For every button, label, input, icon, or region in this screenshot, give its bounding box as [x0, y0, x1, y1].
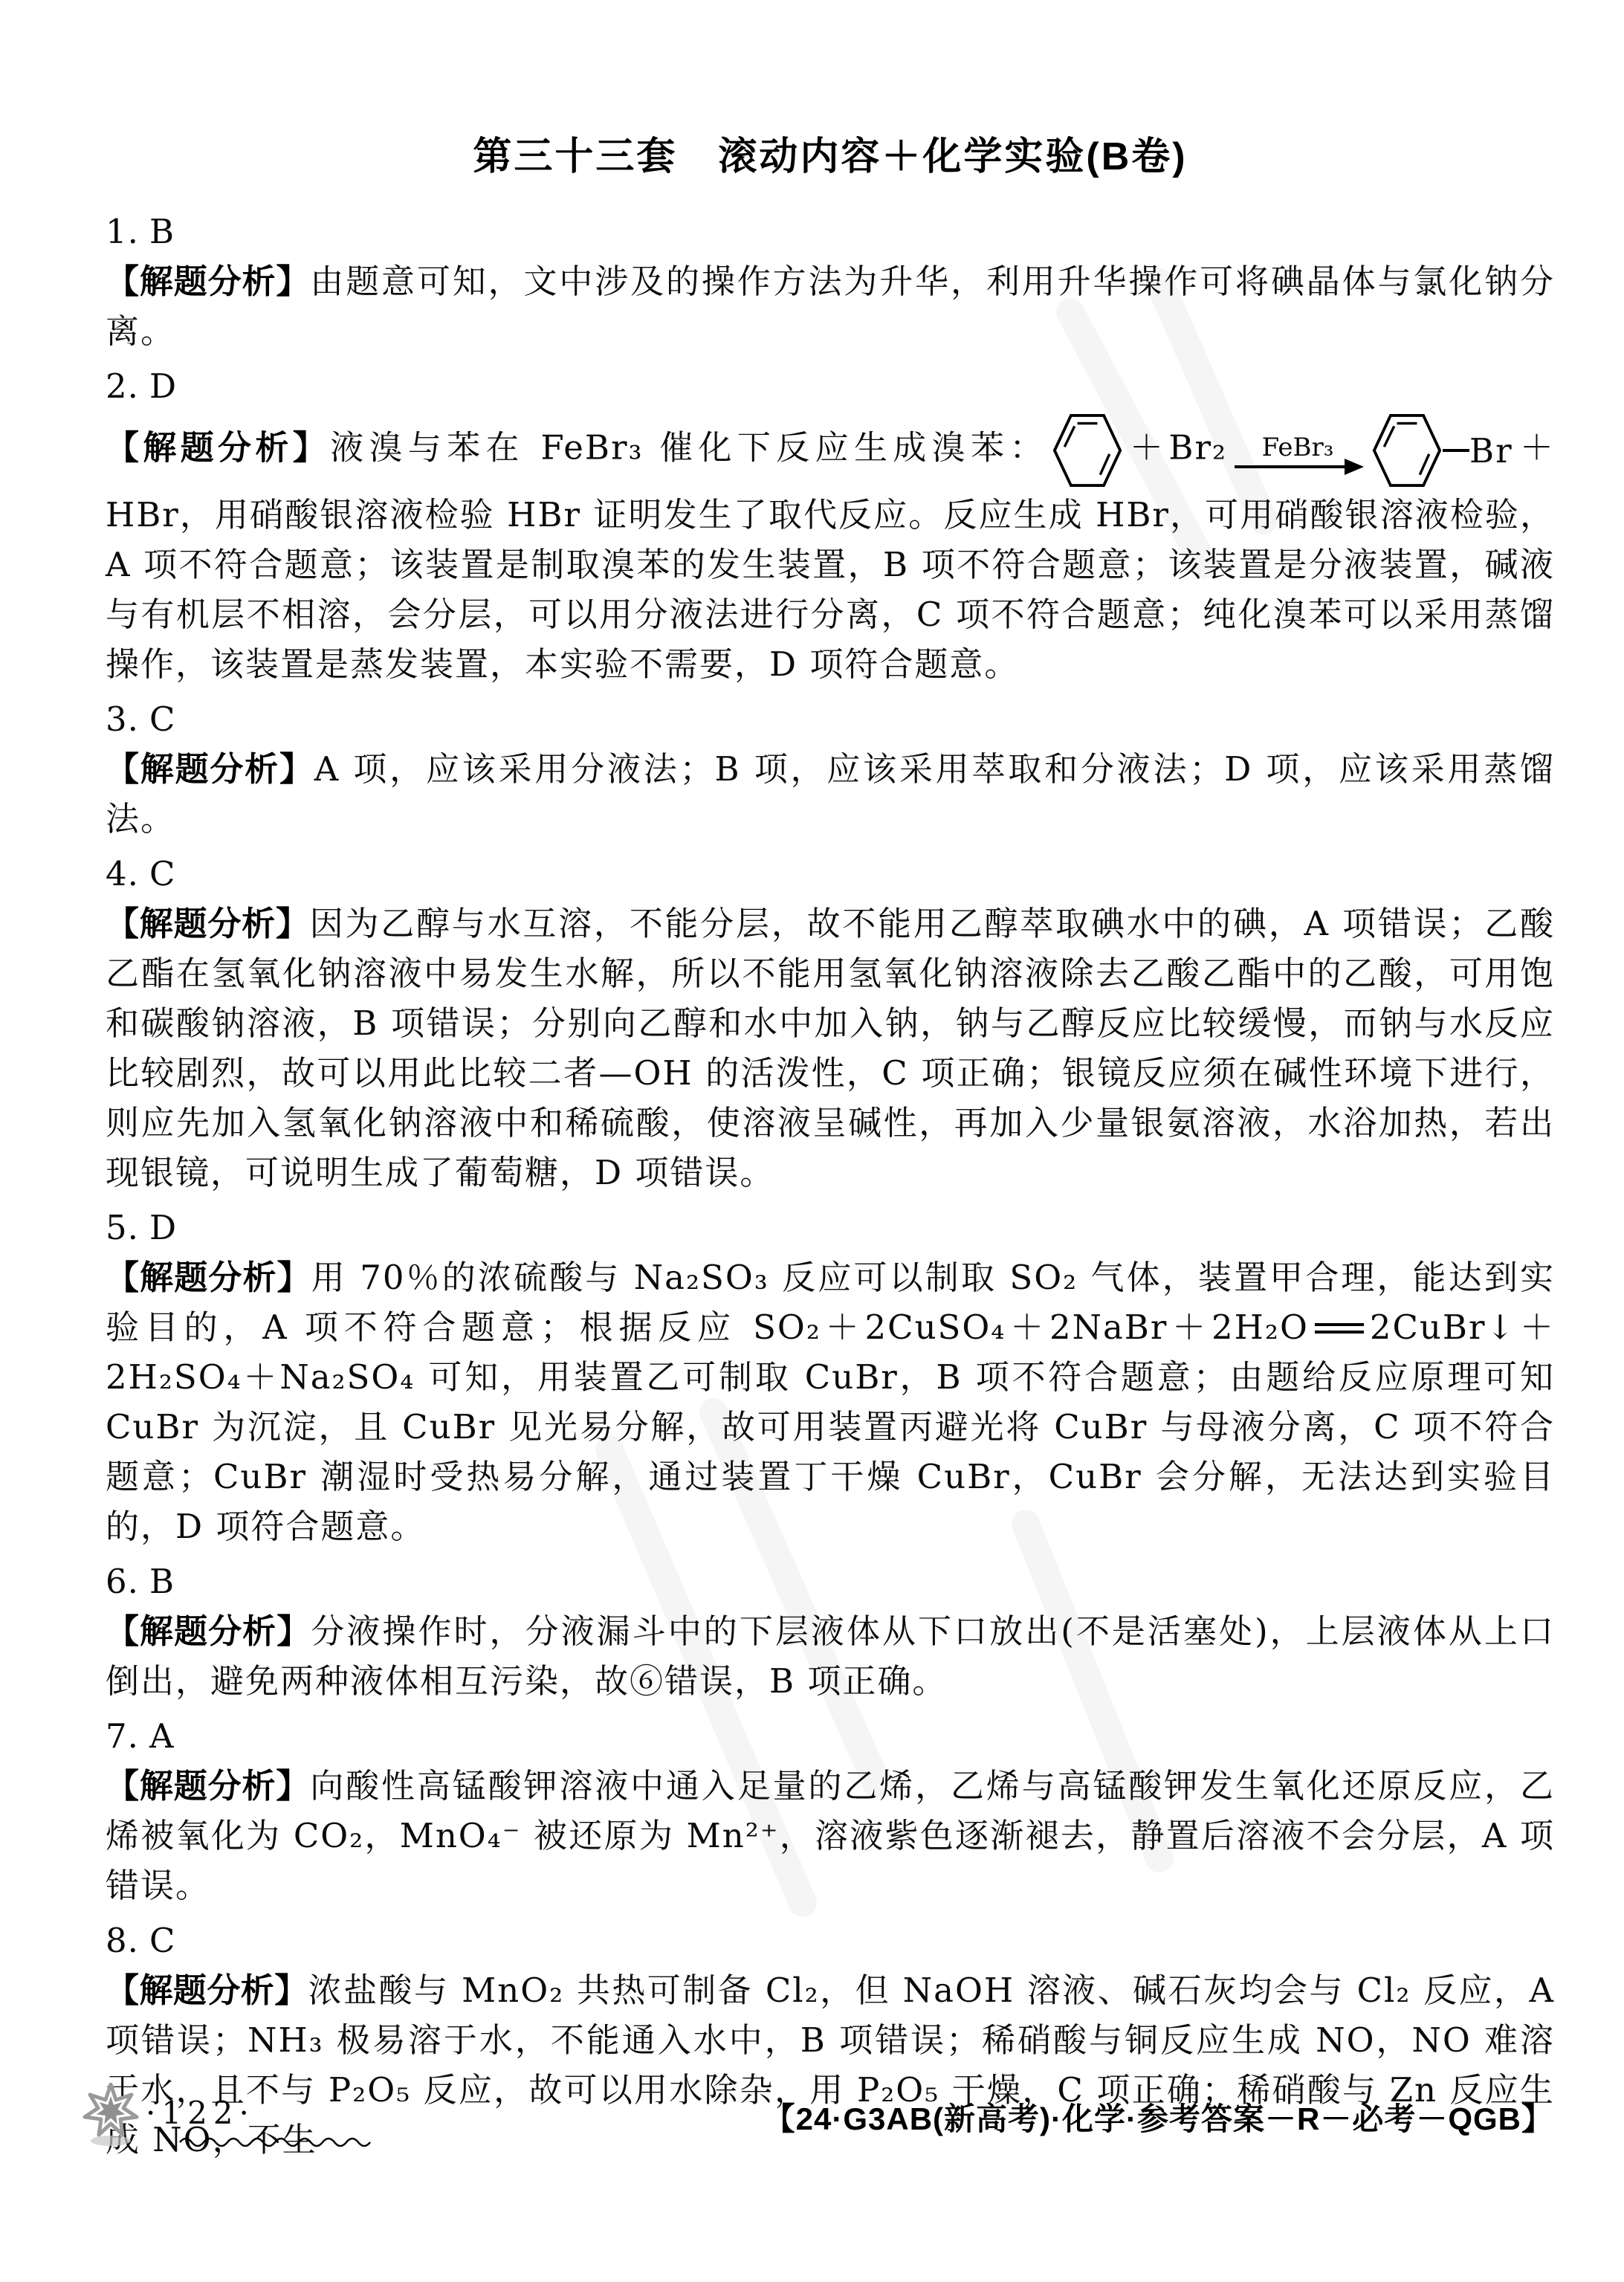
analysis-label: 【解题分析】 — [106, 429, 330, 467]
question-answer-line: 4.C — [106, 850, 1555, 899]
question-answer-line: 5.D — [106, 1203, 1555, 1252]
benzene-ring-icon — [1052, 411, 1123, 490]
question-number: 2. — [106, 366, 139, 406]
question-answer-line: 1.B — [106, 207, 1555, 256]
analysis-paragraph: 【解题分析】分液操作时，分液漏斗中的下层液体从下口放出(不是活塞处)，上层液体从… — [106, 1606, 1555, 1706]
answer-letter: C — [149, 1921, 175, 1960]
analysis-paragraph: 【解题分析】向酸性高锰酸钾溶液中通入足量的乙烯，乙烯与高锰酸钾发生氧化还原反应，… — [106, 1761, 1555, 1910]
answer-item: 4.C【解题分析】因为乙醇与水互溶，不能分层，故不能用乙醇萃取碘水中的碘，A 项… — [106, 850, 1555, 1197]
question-number: 8. — [106, 1921, 139, 1960]
chemical-equals-sign — [1315, 1323, 1364, 1334]
analysis-label: 【解题分析】 — [106, 1767, 310, 1805]
analysis-paragraph: 【解题分析】液溴与苯在 FeBr₃ 催化下反应生成溴苯：＋Br₂FeBr₃Br＋… — [106, 411, 1555, 689]
question-answer-line: 3.C — [106, 695, 1555, 744]
analysis-paragraph: 【解题分析】A 项，应该采用分液法；B 项，应该采用萃取和分液法；D 项，应该采… — [106, 744, 1555, 844]
question-number: 7. — [106, 1716, 139, 1756]
analysis-paragraph: 【解题分析】因为乙醇与水互溶，不能分层，故不能用乙醇萃取碘水中的碘，A 项错误；… — [106, 899, 1555, 1197]
analysis-paragraph: 【解题分析】用 70％的浓硫酸与 Na₂SO₃ 反应可以制取 SO₂ 气体，装置… — [106, 1252, 1555, 1551]
content-column: 第三十三套 滚动内容＋化学实验(B卷) 1.B【解题分析】由题意可知，文中涉及的… — [106, 125, 1555, 2171]
analysis-paragraph: 【解题分析】由题意可知，文中涉及的操作方法为升华，利用升华操作可将碘晶体与氯化钠… — [106, 256, 1555, 356]
analysis-text: 分液操作时，分液漏斗中的下层液体从下口放出(不是活塞处)，上层液体从上口倒出，避… — [106, 1612, 1555, 1701]
edition-code: 【24·G3AB(新高考)·化学·参考答案－R－必考－QGB】 — [764, 2095, 1553, 2139]
analysis-text: A 项，应该采用分液法；B 项，应该采用萃取和分液法；D 项，应该采用蒸馏法。 — [106, 749, 1555, 838]
analysis-label: 【解题分析】 — [106, 1971, 308, 2009]
question-number: 1. — [106, 212, 139, 251]
question-number: 3. — [106, 699, 139, 739]
bromobenzene-structure: Br — [1371, 411, 1513, 490]
answer-item: 1.B【解题分析】由题意可知，文中涉及的操作方法为升华，利用升华操作可将碘晶体与… — [106, 207, 1555, 356]
analysis-text: 用 70％的浓硫酸与 Na₂SO₃ 反应可以制取 SO₂ 气体，装置甲合理，能达… — [106, 1258, 1555, 1347]
answer-letter: C — [149, 854, 175, 893]
answer-item: 2.D【解题分析】液溴与苯在 FeBr₃ 催化下反应生成溴苯：＋Br₂FeBr₃… — [106, 362, 1555, 689]
answer-item: 5.D【解题分析】用 70％的浓硫酸与 Na₂SO₃ 反应可以制取 SO₂ 气体… — [106, 1203, 1555, 1551]
answer-key-page: 第三十三套 滚动内容＋化学实验(B卷) 1.B【解题分析】由题意可知，文中涉及的… — [0, 0, 1624, 2282]
arrow-line — [1235, 465, 1361, 468]
benzene-ring — [1052, 411, 1123, 490]
analysis-label: 【解题分析】 — [106, 262, 310, 300]
analysis-label: 【解题分析】 — [106, 1612, 311, 1650]
question-answer-line: 8.C — [106, 1916, 1555, 1965]
analysis-text: 向酸性高锰酸钾溶液中通入足量的乙烯，乙烯与高锰酸钾发生氧化还原反应，乙烯被氧化为… — [106, 1766, 1555, 1905]
answer-list: 1.B【解题分析】由题意可知，文中涉及的操作方法为升华，利用升华操作可将碘晶体与… — [106, 207, 1555, 2165]
page-number: ·122· — [146, 2095, 255, 2131]
answer-letter: B — [149, 1562, 175, 1601]
analysis-text: ＋Br₂ — [1126, 428, 1227, 468]
answer-item: 7.A【解题分析】向酸性高锰酸钾溶液中通入足量的乙烯，乙烯与高锰酸钾发生氧化还原… — [106, 1712, 1555, 1910]
analysis-label: 【解题分析】 — [106, 1258, 311, 1296]
question-answer-line: 2.D — [106, 362, 1555, 411]
answer-letter: B — [149, 212, 175, 251]
answer-item: 6.B【解题分析】分液操作时，分液漏斗中的下层液体从下口放出(不是活塞处)，上层… — [106, 1557, 1555, 1706]
answer-item: 3.C【解题分析】A 项，应该采用分液法；B 项，应该采用萃取和分液法；D 项，… — [106, 695, 1555, 844]
star-logo-icon — [80, 2083, 141, 2147]
analysis-text: 因为乙醇与水互溶，不能分层，故不能用乙醇萃取碘水中的碘，A 项错误；乙酸乙酯在氢… — [106, 904, 1555, 1192]
benzene-ring-icon — [1371, 411, 1443, 490]
analysis-label: 【解题分析】 — [106, 750, 314, 788]
question-answer-line: 7.A — [106, 1712, 1555, 1761]
question-number: 6. — [106, 1562, 139, 1601]
analysis-text: 液溴与苯在 FeBr₃ 催化下反应生成溴苯： — [330, 428, 1049, 468]
analysis-text: 由题意可知，文中涉及的操作方法为升华，利用升华操作可将碘晶体与氯化钠分离。 — [106, 262, 1555, 351]
answer-letter: A — [149, 1716, 175, 1756]
page-title: 第三十三套 滚动内容＋化学实验(B卷) — [106, 125, 1555, 181]
bond-substituent-label: Br — [1469, 426, 1513, 476]
page-footer: ·122· 【24·G3AB(新高考)·化学·参考答案－R－必考－QGB】 — [0, 2081, 1624, 2171]
arrow-catalyst-label: FeBr₃ — [1262, 433, 1334, 462]
answer-letter: C — [149, 699, 175, 739]
question-number: 5. — [106, 1208, 139, 1247]
question-answer-line: 6.B — [106, 1557, 1555, 1606]
question-number: 4. — [106, 854, 139, 893]
single-bond — [1443, 449, 1469, 452]
answer-letter: D — [149, 1208, 177, 1247]
wavy-underline — [178, 2135, 379, 2147]
reaction-arrow: FeBr₃ — [1235, 433, 1361, 468]
analysis-label: 【解题分析】 — [106, 905, 310, 943]
answer-letter: D — [149, 366, 177, 406]
